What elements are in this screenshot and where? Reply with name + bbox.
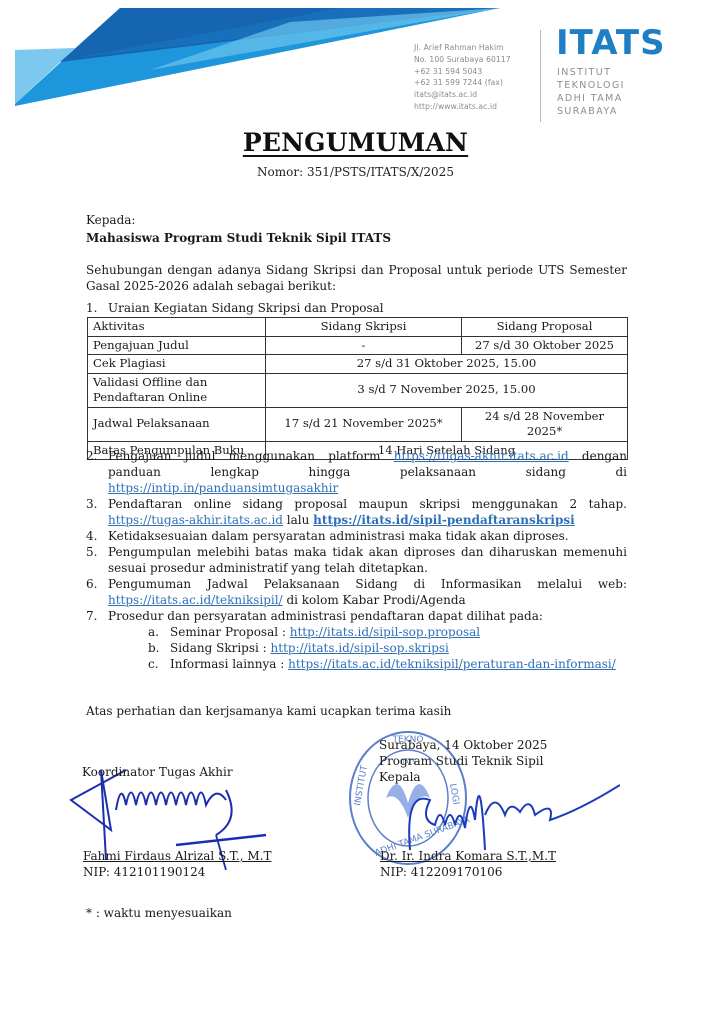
left-signatory-name: Fahmi Firdaus Alrizal S.T., M.T (83, 848, 271, 864)
list-item-7: 7.Prosedur dan persyaratan administrasi … (86, 608, 627, 624)
sub-label: Informasi lainnya : (170, 657, 288, 671)
cell-line: Validasi Offline dan (93, 375, 207, 389)
logo-subtitle-line: TEKNOLOGI (557, 79, 625, 92)
sub-label: Seminar Proposal : (170, 625, 290, 639)
list-item-text: Prosedur dan persyaratan administrasi pe… (108, 609, 543, 623)
table-cell: Validasi Offline danPendaftaran Online (88, 373, 266, 407)
phone: +62 31 594 5043 (414, 66, 511, 78)
table-cell: 27 s/d 30 Oktober 2025 (462, 336, 628, 355)
header-cell: Sidang Skripsi (266, 318, 462, 337)
address-line-1: Jl. Arief Rahman Hakim (414, 42, 511, 54)
header-cell: Aktivitas (88, 318, 266, 337)
institution-contact-info: Jl. Arief Rahman Hakim No. 100 Surabaya … (414, 42, 511, 113)
list-number: 2. (86, 448, 97, 464)
left-signatory-nip: NIP: 412101190124 (83, 864, 205, 880)
itats-logo-subtitle: INSTITUT TEKNOLOGI ADHI TAMA SURABAYA (557, 66, 625, 118)
list-item-3: 3.Pendaftaran online sidang proposal mau… (86, 496, 627, 528)
table-header-row: Aktivitas Sidang Skripsi Sidang Proposal (88, 318, 628, 337)
panduan-link[interactable]: https://intip.in/panduansimtugasakhir (108, 481, 338, 495)
sub-label: Sidang Skripsi : (170, 641, 271, 655)
list-item-text: Uraian Kegiatan Sidang Skripsi dan Propo… (108, 301, 384, 315)
fax: +62 31 599 7244 (fax) (414, 77, 511, 89)
pendaftaran-skripsi-link[interactable]: https://itats.id/sipil-pendaftaranskrips… (313, 513, 575, 527)
peraturan-informasi-link[interactable]: https://itats.ac.id/tekniksipil/peratura… (288, 657, 616, 671)
sub-item-c: c.Informasi lainnya : https://itats.ac.i… (148, 656, 627, 672)
table-row: Jadwal Pelaksanaan 17 s/d 21 November 20… (88, 407, 628, 441)
list-item-1: 1.Uraian Kegiatan Sidang Skripsi dan Pro… (86, 300, 384, 316)
list-number: 7. (86, 608, 97, 624)
right-signatory-role: Kepala (379, 769, 547, 785)
right-signatory-block: Surabaya, 14 Oktober 2025 Program Studi … (379, 737, 547, 785)
sub-letter: a. (148, 624, 159, 640)
sub-list: a.Seminar Proposal : http://itats.id/sip… (148, 624, 627, 672)
numbered-list: 2.Pengajuan judul menggunakan platform h… (86, 448, 627, 672)
table-cell: Pengajuan Judul (88, 336, 266, 355)
website: http://www.itats.ac.id (414, 101, 511, 113)
table-cell: 3 s/d 7 November 2025, 15.00 (266, 373, 628, 407)
letterhead-divider (540, 30, 541, 122)
list-item-text: Pengajuan judul menggunakan platform (108, 449, 394, 463)
sop-skripsi-link[interactable]: http://itats.id/sipil-sop.skripsi (271, 641, 449, 655)
list-item-text: Pengumpulan melebihi batas maka tidak ak… (108, 545, 627, 575)
table-cell: Jadwal Pelaksanaan (88, 407, 266, 441)
address-line-2: No. 100 Surabaya 60117 (414, 54, 511, 66)
right-signatory-nip: NIP: 412209170106 (380, 864, 502, 880)
tugas-akhir-link[interactable]: https://tugas-akhir.itats.ac.id (108, 513, 283, 527)
email: itats@itats.ac.id (414, 89, 511, 101)
place-date: Surabaya, 14 Oktober 2025 (379, 737, 547, 753)
logo-subtitle-line: ADHI TAMA (557, 92, 625, 105)
table-cell: Cek Plagiasi (88, 355, 266, 374)
sub-letter: b. (148, 640, 160, 656)
list-item-text: Pengumuman Jadwal Pelaksanaan Sidang di … (108, 576, 627, 592)
logo-subtitle-line: INSTITUT (557, 66, 625, 79)
table-row: Pengajuan Judul - 27 s/d 30 Oktober 2025 (88, 336, 628, 355)
list-item-text: Ketidaksesuaian dalam persyaratan admini… (108, 529, 569, 543)
intro-paragraph: Sehubungan dengan adanya Sidang Skripsi … (86, 262, 627, 294)
list-item-text: lalu (283, 513, 313, 527)
table-cell: 24 s/d 28 November 2025* (462, 407, 628, 441)
schedule-table: Aktivitas Sidang Skripsi Sidang Proposal… (87, 317, 628, 460)
sub-item-b: b.Sidang Skripsi : http://itats.id/sipil… (148, 640, 627, 656)
sub-item-a: a.Seminar Proposal : http://itats.id/sip… (148, 624, 627, 640)
table-row: Cek Plagiasi 27 s/d 31 Oktober 2025, 15.… (88, 355, 628, 374)
list-item-4: 4.Ketidaksesuaian dalam persyaratan admi… (86, 528, 627, 544)
list-item-2: 2.Pengajuan judul menggunakan platform h… (86, 448, 627, 496)
list-item-text: Pendaftaran online sidang proposal maupu… (108, 497, 627, 511)
logo-subtitle-line: SURABAYA (557, 105, 625, 118)
cell-line: Pendaftaran Online (93, 390, 207, 404)
document-title: PENGUMUMAN (0, 128, 711, 157)
right-signatory-unit: Program Studi Teknik Sipil (379, 753, 547, 769)
sub-letter: c. (148, 656, 159, 672)
footnote: * : waktu menyesuaikan (86, 905, 232, 921)
recipient: Mahasiswa Program Studi Teknik Sipil ITA… (86, 230, 391, 246)
list-number: 6. (86, 576, 97, 592)
sop-proposal-link[interactable]: http://itats.id/sipil-sop.proposal (290, 625, 480, 639)
right-signatory-name: Dr. Ir. Indra Komara S.T.,M.T (380, 848, 556, 864)
tugas-akhir-link[interactable]: https://tugas-akhir.itats.ac.id (394, 449, 569, 463)
list-number: 5. (86, 544, 97, 560)
to-label: Kepada: (86, 212, 135, 228)
list-number: 1. (86, 300, 108, 316)
table-cell: 17 s/d 21 November 2025* (266, 407, 462, 441)
table-row: Validasi Offline danPendaftaran Online 3… (88, 373, 628, 407)
left-signatory-role: Koordinator Tugas Akhir (82, 764, 233, 780)
list-item-5: 5.Pengumpulan melebihi batas maka tidak … (86, 544, 627, 576)
itats-logo: ITATS (556, 23, 666, 63)
list-item-text: di kolom Kabar Prodi/Agenda (283, 593, 466, 607)
list-item-6: 6.Pengumuman Jadwal Pelaksanaan Sidang d… (86, 576, 627, 608)
table-cell: 27 s/d 31 Oktober 2025, 15.00 (266, 355, 628, 374)
list-number: 3. (86, 496, 97, 512)
tekniksipil-link[interactable]: https://itats.ac.id/tekniksipil/ (108, 593, 283, 607)
closing-text: Atas perhatian dan kerjsamanya kami ucap… (86, 703, 451, 719)
table-cell: - (266, 336, 462, 355)
document-number: Nomor: 351/PSTS/ITATS/X/2025 (0, 165, 711, 179)
header-cell: Sidang Proposal (462, 318, 628, 337)
list-number: 4. (86, 528, 97, 544)
